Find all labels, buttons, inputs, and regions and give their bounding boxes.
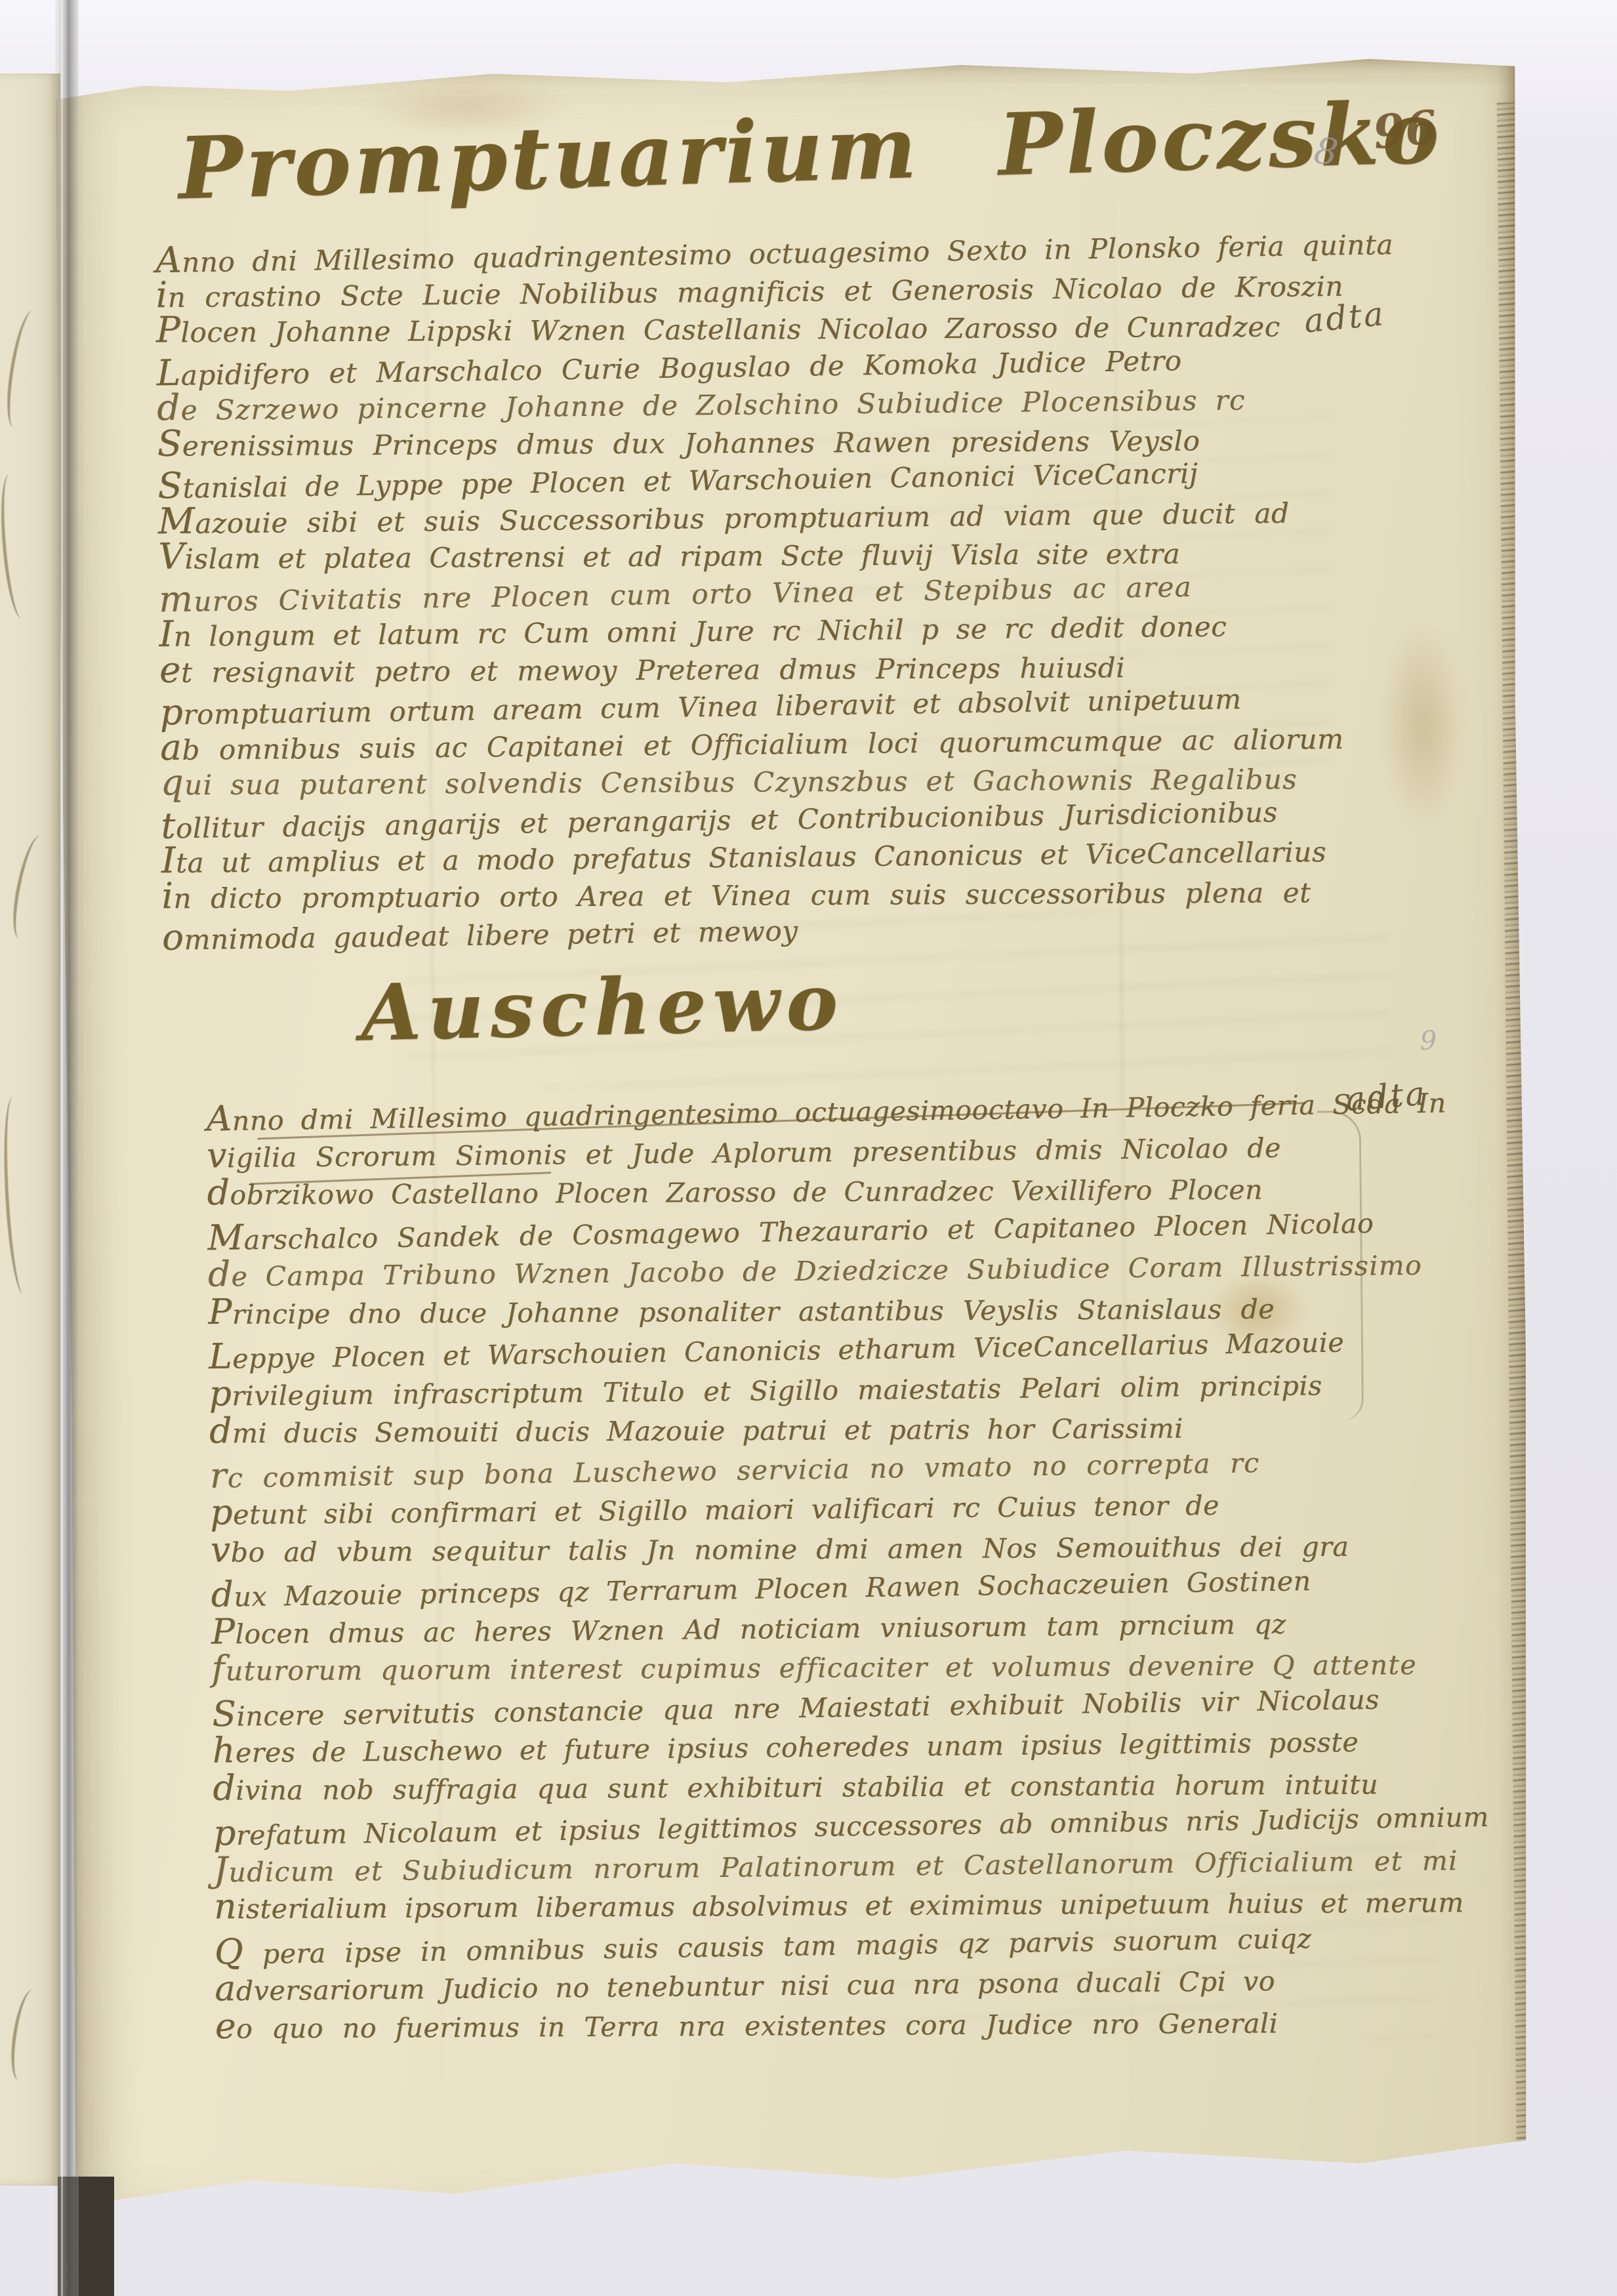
facing-page-ink-mark xyxy=(0,473,35,619)
manuscript-line: eo quo no fuerimus in Terra nra existent… xyxy=(215,2000,1279,2046)
facing-page-ink-mark xyxy=(8,1988,45,2082)
scan-background: Promptuarium Ploczsko Auschewo 96 8 9 ad… xyxy=(0,0,1617,2296)
facing-page-edge xyxy=(0,73,60,2186)
entry-auschewo-text: Anno dmi Millesimo quadringentesimo octu… xyxy=(55,55,1535,2227)
manuscript-page: Promptuarium Ploczsko Auschewo 96 8 9 ad… xyxy=(55,55,1535,2227)
glass-weight-rod xyxy=(55,0,79,2296)
facing-page-ink-mark xyxy=(8,833,51,941)
facing-page-ink-mark xyxy=(3,308,45,429)
facing-page-ink-mark xyxy=(0,1096,37,1294)
